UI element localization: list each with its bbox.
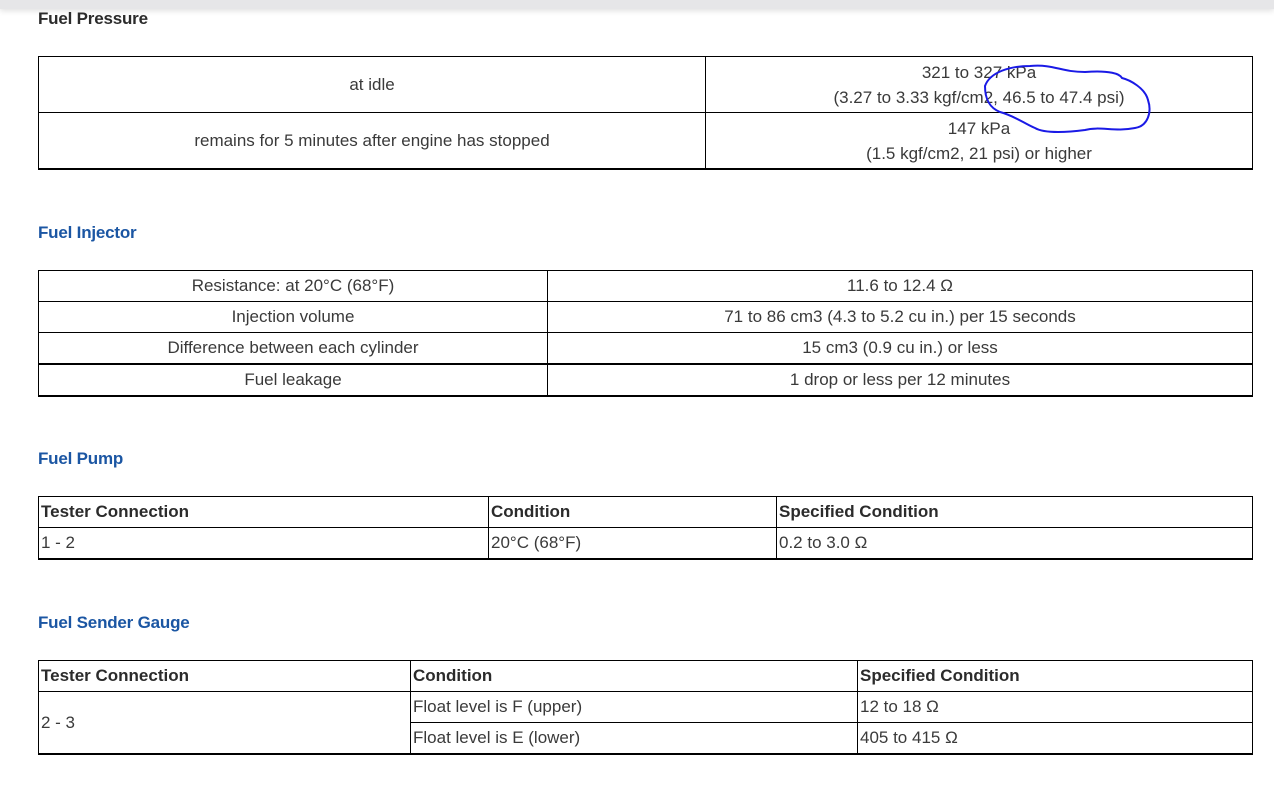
table-header-row: Tester Connection Condition Specified Co… — [39, 661, 1253, 692]
fuel-injector-table: Resistance: at 20°C (68°F)11.6 to 12.4 Ω… — [38, 270, 1253, 397]
fuel-sender-gauge-table: Tester Connection Condition Specified Co… — [38, 660, 1253, 755]
section-title-fuel-sender-gauge: Fuel Sender Gauge — [38, 613, 190, 633]
section-title-fuel-pump: Fuel Pump — [38, 449, 123, 469]
pressure-label: remains for 5 minutes after engine has s… — [39, 113, 706, 170]
injector-value: 71 to 86 cm3 (4.3 to 5.2 cu in.) per 15 … — [548, 302, 1253, 333]
pressure-value-alt: (3.27 to 3.33 kgf/cm2, 46.5 to 47.4 psi) — [708, 85, 1250, 110]
pressure-value: 147 kPa (1.5 kgf/cm2, 21 psi) or higher — [706, 113, 1253, 170]
column-header: Specified Condition — [858, 661, 1253, 692]
specified-condition: 405 to 415 Ω — [858, 723, 1253, 755]
fuel-pressure-table: at idle 321 to 327 kPa (3.27 to 3.33 kgf… — [38, 56, 1253, 170]
tester-connection: 1 - 2 — [39, 528, 489, 560]
table-row: Resistance: at 20°C (68°F)11.6 to 12.4 Ω — [39, 271, 1253, 302]
pressure-value-alt: (1.5 kgf/cm2, 21 psi) or higher — [708, 141, 1250, 166]
table-row: 1 - 2 20°C (68°F) 0.2 to 3.0 Ω — [39, 528, 1253, 560]
table-row: Fuel leakage1 drop or less per 12 minute… — [39, 364, 1253, 396]
column-header: Tester Connection — [39, 497, 489, 528]
condition: Float level is F (upper) — [411, 692, 858, 723]
pressure-value-kpa: 321 to 327 kPa — [708, 60, 1250, 85]
section-title-fuel-injector: Fuel Injector — [38, 223, 136, 243]
table-header-row: Tester Connection Condition Specified Co… — [39, 497, 1253, 528]
injector-label: Fuel leakage — [39, 364, 548, 396]
pressure-value: 321 to 327 kPa (3.27 to 3.33 kgf/cm2, 46… — [706, 57, 1253, 113]
column-header: Tester Connection — [39, 661, 411, 692]
injector-value: 11.6 to 12.4 Ω — [548, 271, 1253, 302]
condition: Float level is E (lower) — [411, 723, 858, 755]
specified-condition: 12 to 18 Ω — [858, 692, 1253, 723]
table-row: 2 - 3 Float level is F (upper) 12 to 18 … — [39, 692, 1253, 723]
injector-label: Injection volume — [39, 302, 548, 333]
browser-top-bar — [0, 0, 1274, 9]
condition: 20°C (68°F) — [489, 528, 777, 560]
tester-connection: 2 - 3 — [39, 692, 411, 755]
table-row: remains for 5 minutes after engine has s… — [39, 113, 1253, 170]
injector-value: 1 drop or less per 12 minutes — [548, 364, 1253, 396]
section-title-fuel-pressure: Fuel Pressure — [38, 9, 148, 29]
specified-condition: 0.2 to 3.0 Ω — [777, 528, 1253, 560]
column-header: Specified Condition — [777, 497, 1253, 528]
pressure-value-kpa: 147 kPa — [708, 116, 1250, 141]
table-row: at idle 321 to 327 kPa (3.27 to 3.33 kgf… — [39, 57, 1253, 113]
table-row: Injection volume71 to 86 cm3 (4.3 to 5.2… — [39, 302, 1253, 333]
table-row: Difference between each cylinder15 cm3 (… — [39, 333, 1253, 365]
fuel-pump-table: Tester Connection Condition Specified Co… — [38, 496, 1253, 560]
pressure-label: at idle — [39, 57, 706, 113]
column-header: Condition — [489, 497, 777, 528]
injector-label: Resistance: at 20°C (68°F) — [39, 271, 548, 302]
injector-value: 15 cm3 (0.9 cu in.) or less — [548, 333, 1253, 365]
column-header: Condition — [411, 661, 858, 692]
injector-label: Difference between each cylinder — [39, 333, 548, 365]
